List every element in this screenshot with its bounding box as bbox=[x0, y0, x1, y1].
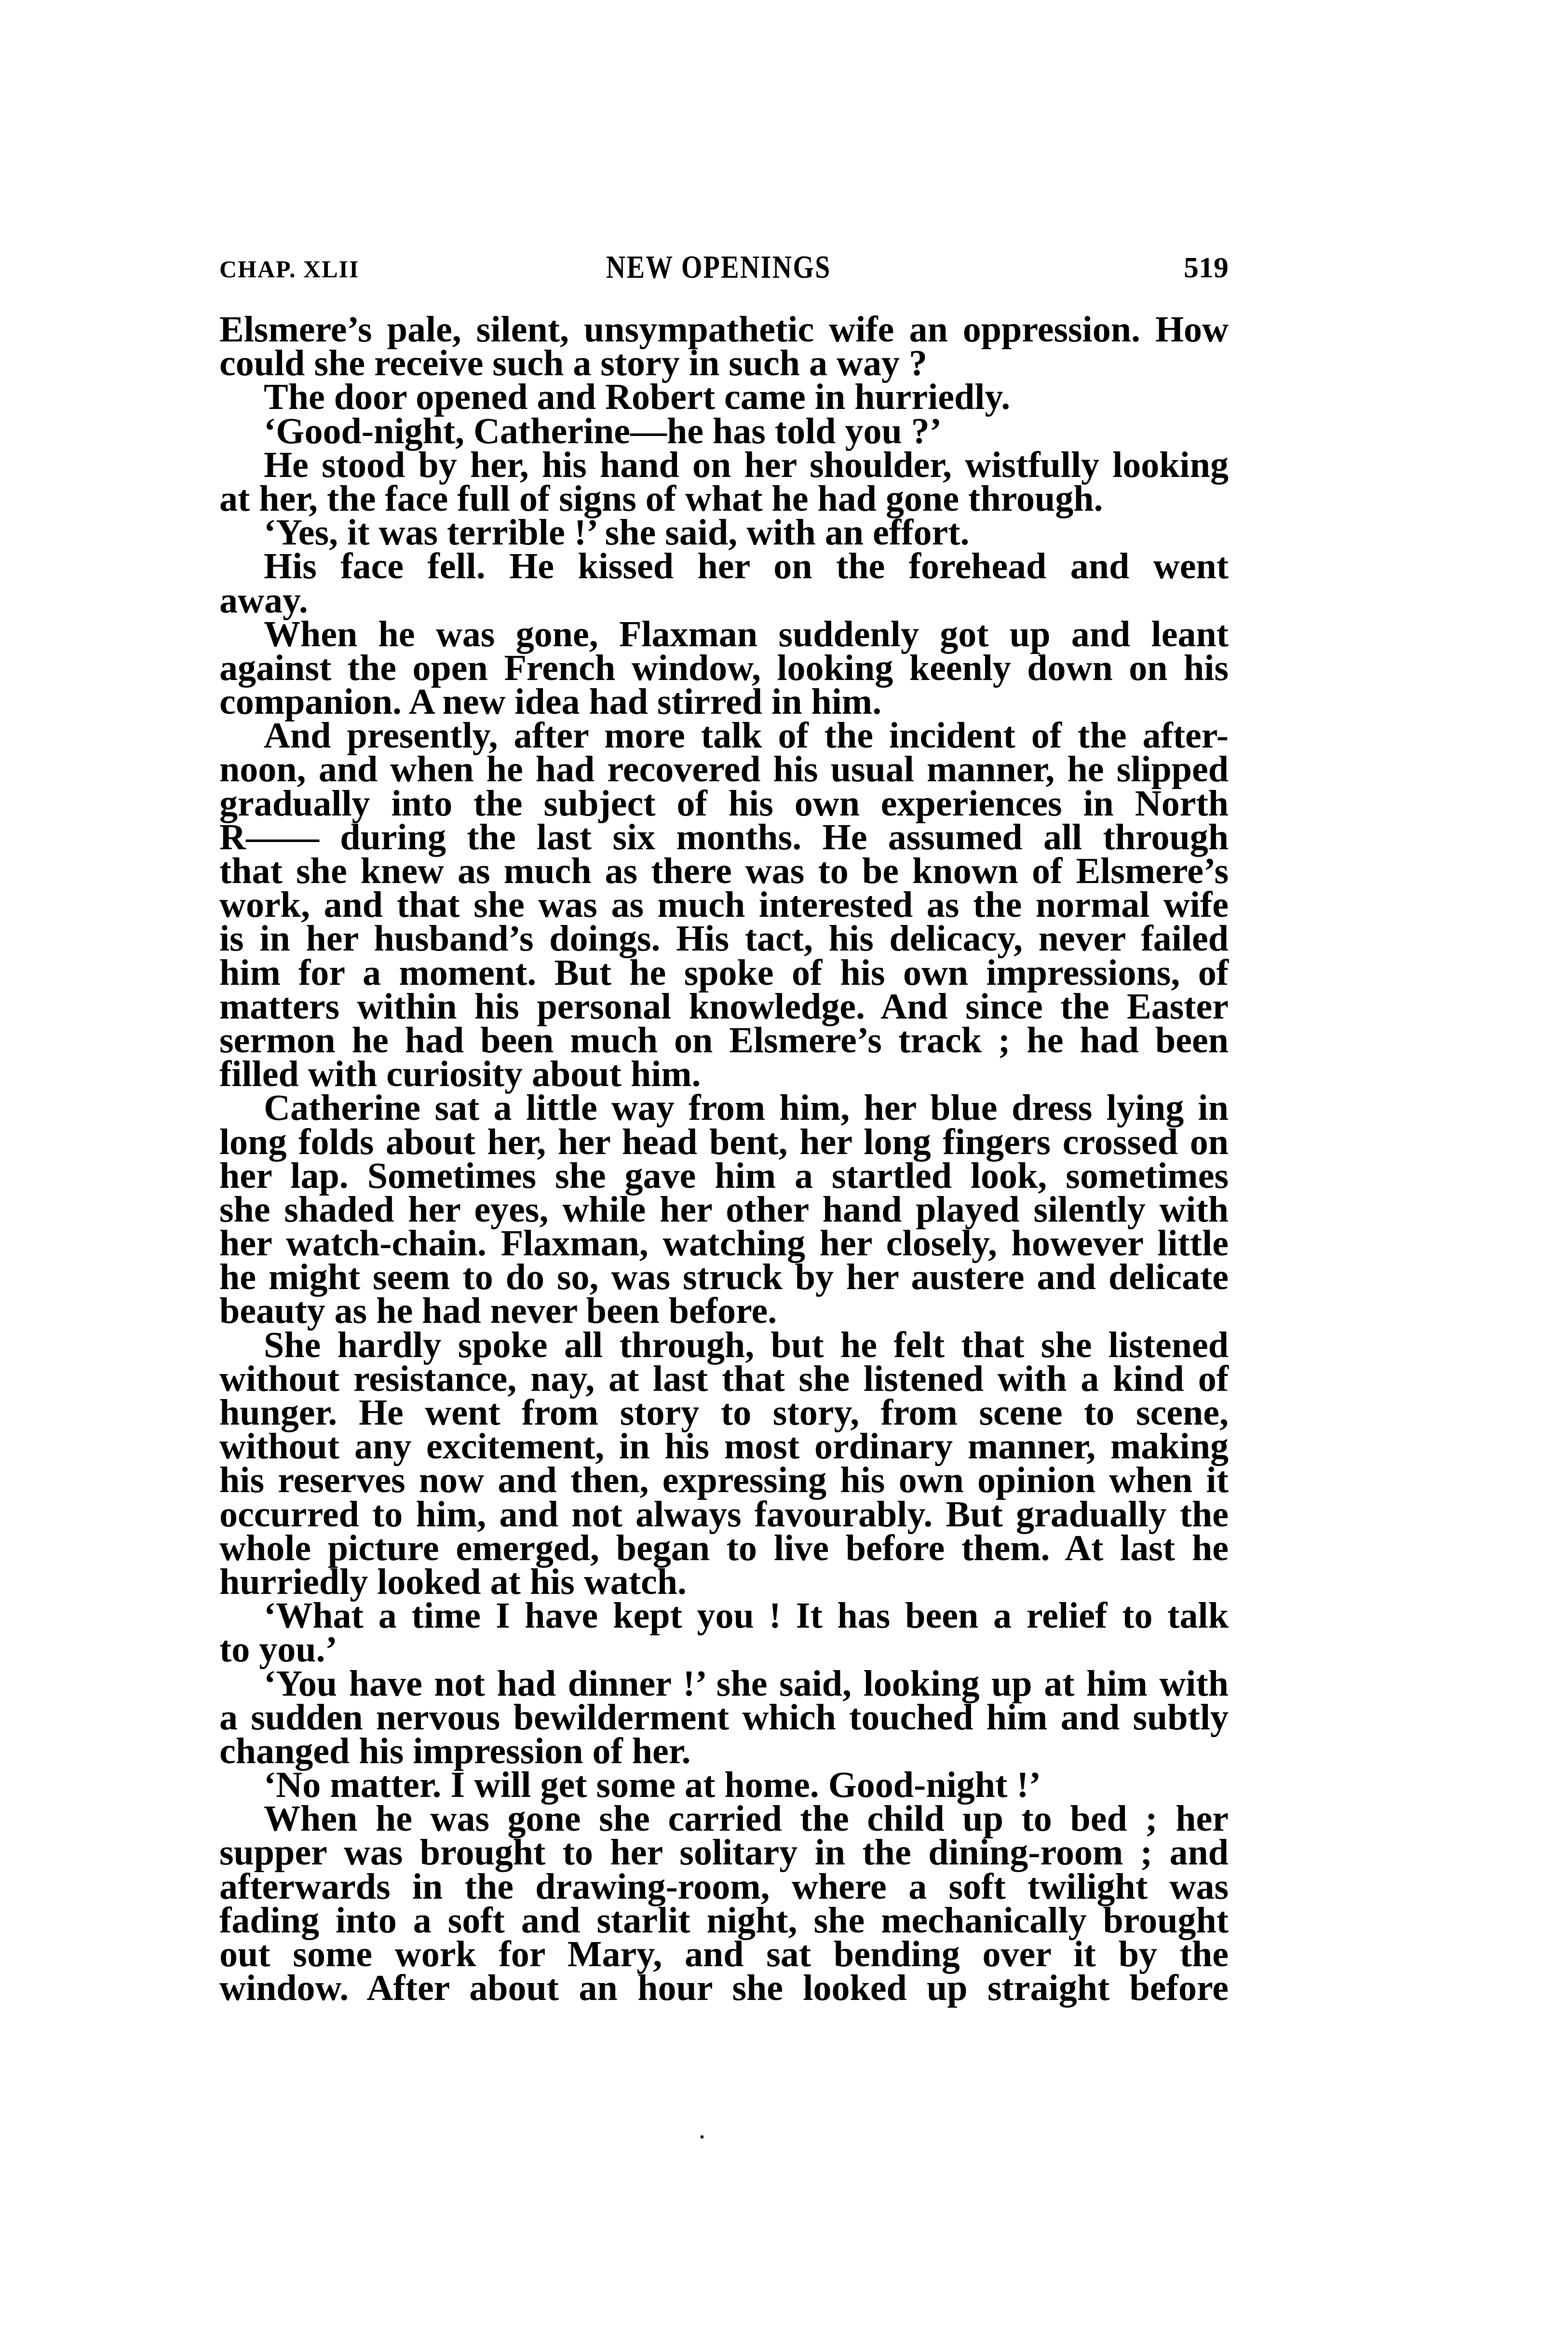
body-text: Elsmere’s pale, silent, unsympathetic wi… bbox=[219, 313, 1229, 2005]
text-line: gradually into the subject of his own ex… bbox=[219, 787, 1229, 820]
text-line: Elsmere’s pale, silent, unsympathetic wi… bbox=[219, 313, 1229, 346]
chapter-label: CHAP. XLII bbox=[219, 255, 359, 284]
text-line: is in her husband’s doings. His tact, hi… bbox=[219, 922, 1229, 955]
text-line: her watch-chain. Flaxman, watching her c… bbox=[219, 1226, 1229, 1260]
text-line: His face fell. He kissed her on the fore… bbox=[219, 549, 1229, 583]
text-line: She hardly spoke all through, but he fel… bbox=[219, 1328, 1229, 1362]
text-line: companion. A new idea had stirred in him… bbox=[219, 685, 1229, 719]
running-head: CHAP. XLII NEW OPENINGS 519 bbox=[219, 250, 1229, 284]
text-line: away. bbox=[219, 584, 1229, 617]
text-line: ‘No matter. I will get some at home. Goo… bbox=[219, 1768, 1229, 1802]
text-line: matters within his personal knowledge. A… bbox=[219, 990, 1229, 1023]
text-line: hurriedly looked at his watch. bbox=[219, 1565, 1229, 1599]
text-line: sermon he had been much on Elsmere’s tra… bbox=[219, 1023, 1229, 1057]
chapter-title: NEW OPENINGS bbox=[606, 250, 768, 284]
text-line: could she receive such a story in such a… bbox=[219, 346, 1229, 380]
text-line: him for a moment. But he spoke of his ow… bbox=[219, 956, 1229, 990]
text-line: hunger. He went from story to story, fro… bbox=[219, 1396, 1229, 1429]
text-line: ‘You have not had dinner !’ she said, lo… bbox=[219, 1667, 1229, 1700]
text-line: window. After about an hour she looked u… bbox=[219, 1971, 1229, 2005]
text-line: And presently, after more talk of the in… bbox=[219, 719, 1229, 752]
text-line: at her, the face full of signs of what h… bbox=[219, 482, 1229, 516]
book-page: CHAP. XLII NEW OPENINGS 519 Elsmere’s pa… bbox=[0, 0, 1568, 2352]
text-line: her lap. Sometimes she gave him a startl… bbox=[219, 1159, 1229, 1193]
text-line: fading into a soft and starlit night, sh… bbox=[219, 1903, 1229, 1937]
text-line: He stood by her, his hand on her shoulde… bbox=[219, 448, 1229, 482]
text-line: against the open French window, looking … bbox=[219, 651, 1229, 685]
text-line: filled with curiosity about him. bbox=[219, 1057, 1229, 1091]
text-line: The door opened and Robert came in hurri… bbox=[219, 380, 1229, 414]
text-line: afterwards in the drawing-room, where a … bbox=[219, 1870, 1229, 1903]
text-line: When he was gone, Flaxman suddenly got u… bbox=[219, 617, 1229, 651]
text-line: Catherine sat a little way from him, her… bbox=[219, 1091, 1229, 1125]
text-line: R—— during the last six months. He assum… bbox=[219, 820, 1229, 854]
text-line: whole picture emerged, began to live bef… bbox=[219, 1531, 1229, 1565]
text-line: without resistance, nay, at last that sh… bbox=[219, 1362, 1229, 1396]
text-line: changed his impression of her. bbox=[219, 1734, 1229, 1768]
page-number: 519 bbox=[1184, 252, 1229, 284]
text-line: to you.’ bbox=[219, 1632, 1229, 1666]
text-line: ‘Good-night, Catherine—he has told you ?… bbox=[219, 414, 1229, 448]
text-line: a sudden nervous bewilderment which touc… bbox=[219, 1700, 1229, 1734]
text-line: work, and that she was as much intereste… bbox=[219, 888, 1229, 922]
text-line: supper was brought to her solitary in th… bbox=[219, 1835, 1229, 1869]
text-line: his reserves now and then, expressing hi… bbox=[219, 1463, 1229, 1497]
text-line: he might seem to do so, was struck by he… bbox=[219, 1260, 1229, 1294]
text-line: ‘What a time I have kept you ! It has be… bbox=[219, 1599, 1229, 1632]
text-line: occurred to him, and not always favourab… bbox=[219, 1497, 1229, 1531]
text-line: ‘Yes, it was terrible !’ she said, with … bbox=[219, 516, 1229, 549]
text-line: that she knew as much as there was to be… bbox=[219, 854, 1229, 888]
text-line: noon, and when he had recovered his usua… bbox=[219, 752, 1229, 786]
text-line: she shaded her eyes, while her other han… bbox=[219, 1193, 1229, 1226]
text-line: out some work for Mary, and sat bending … bbox=[219, 1937, 1229, 1971]
text-line: beauty as he had never been before. bbox=[219, 1294, 1229, 1328]
text-line: long folds about her, her head bent, her… bbox=[219, 1125, 1229, 1159]
text-line: When he was gone she carried the child u… bbox=[219, 1802, 1229, 1835]
text-line: without any excitement, in his most ordi… bbox=[219, 1429, 1229, 1463]
print-speck bbox=[701, 2135, 703, 2138]
